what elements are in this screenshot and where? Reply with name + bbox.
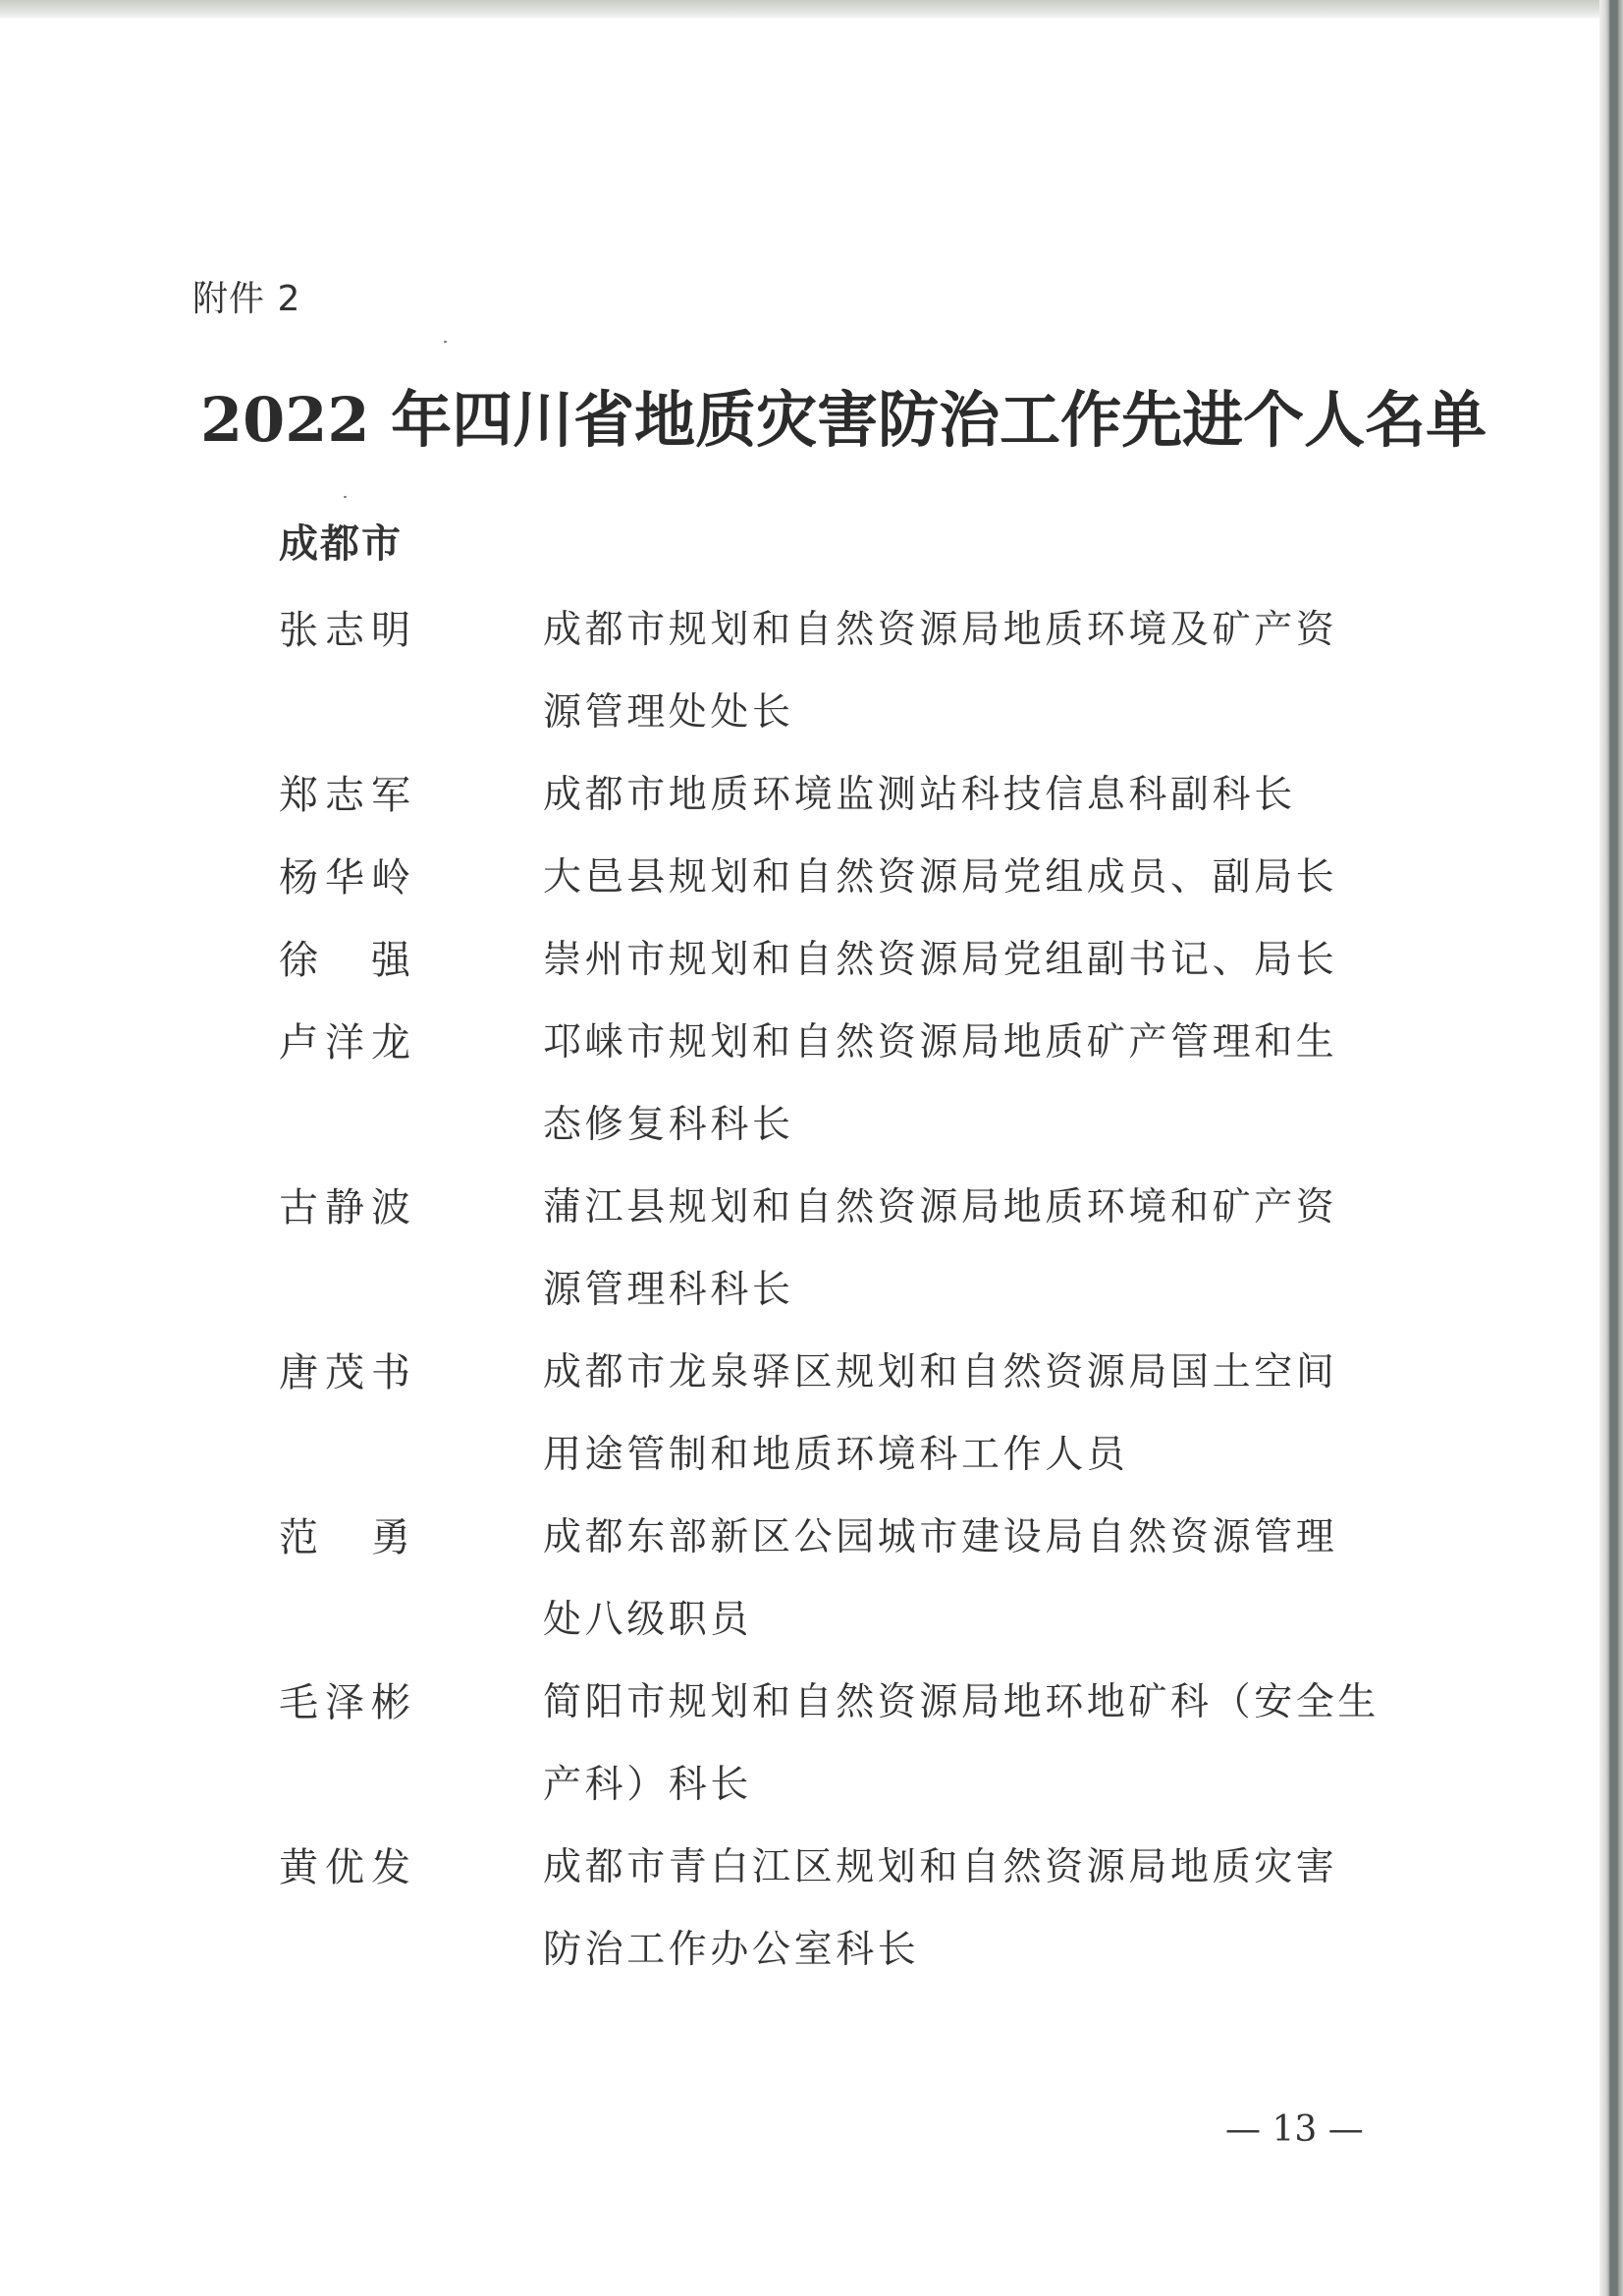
- honoree-position: 成都市地质环境监测站科技信息科副科长: [543, 754, 1418, 837]
- honoree-name-char: 彬: [371, 1662, 416, 1744]
- honoree-name-char: 华: [325, 837, 370, 919]
- position-line: 处八级职员: [543, 1579, 1418, 1662]
- honoree-name-char: 优: [325, 1827, 370, 1909]
- honoree-name-char: 卢: [279, 1002, 324, 1084]
- honoree-name: 毛泽彬: [279, 1662, 416, 1744]
- position-line: 用途管制和地质环境科工作人员: [543, 1414, 1418, 1497]
- honoree-position: 成都市青白江区规划和自然资源局地质灾害防治工作办公室科长: [543, 1827, 1418, 1992]
- position-line: 源管理处处长: [543, 672, 1418, 754]
- position-line: 源管理科科长: [543, 1249, 1418, 1332]
- position-line: 态修复科科长: [543, 1084, 1418, 1167]
- scan-speck: [344, 496, 347, 498]
- list-item: 唐茂书成都市龙泉驿区规划和自然资源局国土空间用途管制和地质环境科工作人员: [279, 1332, 1418, 1497]
- position-line: 成都市规划和自然资源局地质环境及矿产资: [543, 589, 1418, 672]
- honoree-name: 黄优发: [279, 1827, 416, 1909]
- honoree-name-char: 徐: [279, 919, 324, 1002]
- position-line: 蒲江县规划和自然资源局地质环境和矿产资: [543, 1167, 1418, 1249]
- honoree-name-char: 杨: [279, 837, 324, 919]
- honoree-name: 古静波: [279, 1167, 416, 1249]
- honoree-position: 大邑县规划和自然资源局党组成员、副局长: [543, 837, 1418, 919]
- position-line: 邛崃市规划和自然资源局地质矿产管理和生: [543, 1002, 1418, 1084]
- honoree-name-char: 发: [371, 1827, 416, 1909]
- honoree-name: 唐茂书: [279, 1332, 416, 1414]
- honoree-name-char: 古: [279, 1167, 324, 1249]
- honoree-name-char: 静: [325, 1167, 370, 1249]
- honoree-name-char: 书: [371, 1332, 416, 1414]
- list-item: 徐强崇州市规划和自然资源局党组副书记、局长: [279, 919, 1418, 1002]
- honoree-position: 成都市龙泉驿区规划和自然资源局国土空间用途管制和地质环境科工作人员: [543, 1332, 1418, 1497]
- honoree-name-char: 强: [371, 919, 416, 1002]
- position-line: 防治工作办公室科长: [543, 1909, 1418, 1992]
- honoree-name-char: 范: [279, 1497, 324, 1579]
- honoree-name-char: 龙: [371, 1002, 416, 1084]
- honoree-name: 张志明: [279, 589, 416, 672]
- list-item: 张志明成都市规划和自然资源局地质环境及矿产资源管理处处长: [279, 589, 1418, 754]
- honoree-position: 蒲江县规划和自然资源局地质环境和矿产资源管理科科长: [543, 1167, 1418, 1332]
- honoree-position: 成都市规划和自然资源局地质环境及矿产资源管理处处长: [543, 589, 1418, 754]
- honoree-list: 张志明成都市规划和自然资源局地质环境及矿产资源管理处处长郑志军成都市地质环境监测…: [279, 589, 1418, 1992]
- list-item: 杨华岭大邑县规划和自然资源局党组成员、副局长: [279, 837, 1418, 919]
- position-line: 大邑县规划和自然资源局党组成员、副局长: [543, 837, 1418, 919]
- honoree-name-char: 泽: [325, 1662, 370, 1744]
- scan-top-edge: [0, 0, 1623, 20]
- position-line: 成都东部新区公园城市建设局自然资源管理: [543, 1497, 1418, 1579]
- position-line: 产科）科长: [543, 1744, 1418, 1827]
- position-line: 简阳市规划和自然资源局地环地矿科（安全生: [543, 1662, 1418, 1744]
- honoree-name-char: 郑: [279, 754, 324, 837]
- honoree-position: 崇州市规划和自然资源局党组副书记、局长: [543, 919, 1418, 1002]
- honoree-name-char: 岭: [371, 837, 416, 919]
- document-title: 2022 年四川省地质灾害防治工作先进个人名单: [200, 371, 1408, 459]
- honoree-name-char: 志: [325, 589, 370, 672]
- honoree-name: 范勇: [279, 1497, 416, 1579]
- list-item: 范勇成都东部新区公园城市建设局自然资源管理处八级职员: [279, 1497, 1418, 1662]
- section-header-chengdu: 成都市: [279, 513, 403, 569]
- position-line: 成都市地质环境监测站科技信息科副科长: [543, 754, 1418, 837]
- honoree-name: 杨华岭: [279, 837, 416, 919]
- honoree-name-char: 军: [371, 754, 416, 837]
- position-line: 成都市青白江区规划和自然资源局地质灾害: [543, 1827, 1418, 1909]
- list-item: 郑志军成都市地质环境监测站科技信息科副科长: [279, 754, 1418, 837]
- list-item: 卢洋龙邛崃市规划和自然资源局地质矿产管理和生态修复科科长: [279, 1002, 1418, 1167]
- honoree-name-char: 黄: [279, 1827, 324, 1909]
- attachment-label: 附件 2: [192, 271, 300, 321]
- list-item: 黄优发成都市青白江区规划和自然资源局地质灾害防治工作办公室科长: [279, 1827, 1418, 1992]
- honoree-name-char: 唐: [279, 1332, 324, 1414]
- honoree-name-char: 张: [279, 589, 324, 672]
- position-line: 崇州市规划和自然资源局党组副书记、局长: [543, 919, 1418, 1002]
- honoree-name-char: 明: [371, 589, 416, 672]
- scan-speck: [444, 341, 447, 343]
- honoree-name: 徐强: [279, 919, 416, 1002]
- honoree-name-char: 波: [371, 1167, 416, 1249]
- honoree-name-char: 洋: [325, 1002, 370, 1084]
- honoree-position: 简阳市规划和自然资源局地环地矿科（安全生产科）科长: [543, 1662, 1418, 1827]
- honoree-position: 邛崃市规划和自然资源局地质矿产管理和生态修复科科长: [543, 1002, 1418, 1167]
- honoree-name-char: 志: [325, 754, 370, 837]
- list-item: 毛泽彬简阳市规划和自然资源局地环地矿科（安全生产科）科长: [279, 1662, 1418, 1827]
- honoree-name: 郑志军: [279, 754, 416, 837]
- scan-right-edge: [1599, 0, 1623, 2296]
- honoree-name-char: 勇: [371, 1497, 416, 1579]
- honoree-name-char: 茂: [325, 1332, 370, 1414]
- honoree-name-char: 毛: [279, 1662, 324, 1744]
- list-item: 古静波蒲江县规划和自然资源局地质环境和矿产资源管理科科长: [279, 1167, 1418, 1332]
- honoree-position: 成都东部新区公园城市建设局自然资源管理处八级职员: [543, 1497, 1418, 1662]
- page-number: — 13 —: [1225, 2109, 1364, 2150]
- position-line: 成都市龙泉驿区规划和自然资源局国土空间: [543, 1332, 1418, 1414]
- honoree-name: 卢洋龙: [279, 1002, 416, 1084]
